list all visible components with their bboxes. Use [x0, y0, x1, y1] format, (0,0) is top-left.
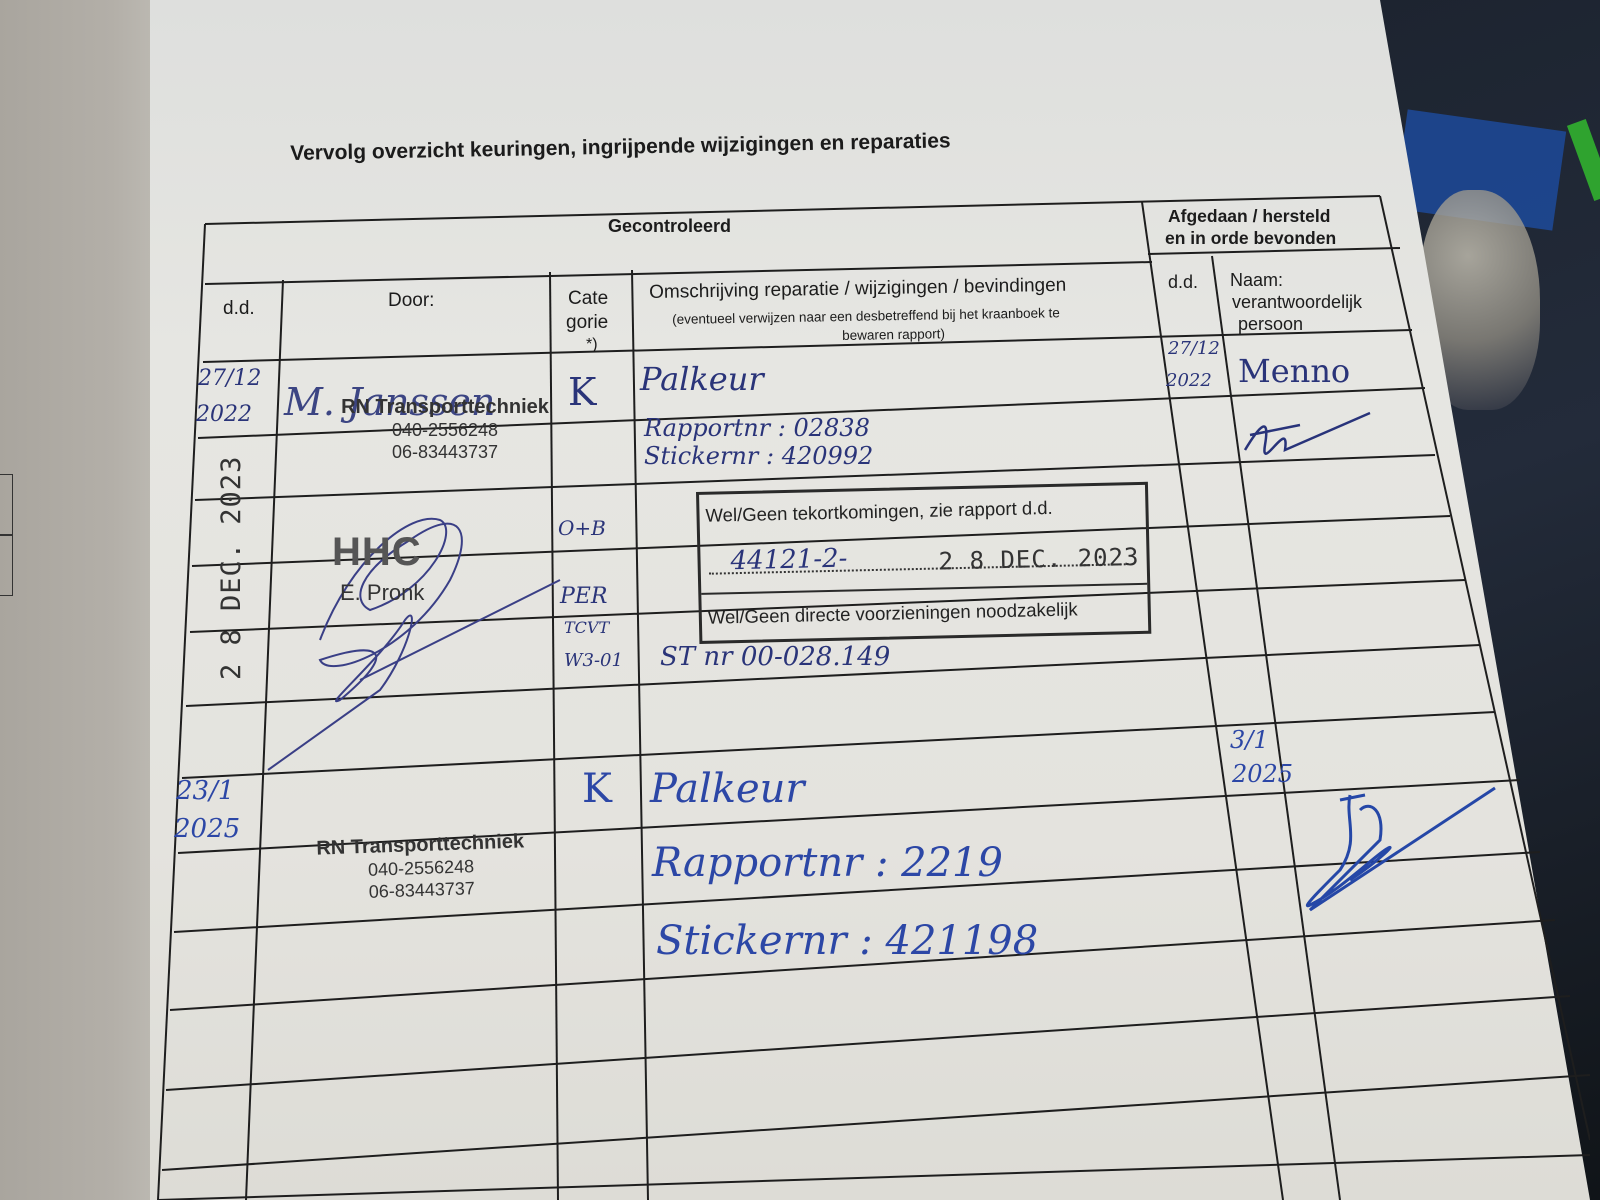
entry-description-line3: Stickernr : 421198	[656, 918, 1038, 964]
stamp-company-hhc: HHC	[332, 530, 422, 575]
entry-category-1: O+B	[558, 516, 606, 540]
signature-icon	[1240, 405, 1380, 465]
header-resolved-line2: en in orde bevonden	[1165, 228, 1336, 249]
entry-category-2: PER	[560, 584, 607, 609]
column-header-by: Door:	[388, 290, 434, 312]
stamp-name: E. Pronk	[340, 580, 424, 606]
company-stamp: RN Transporttechniek 040-2556248 06-8344…	[285, 829, 557, 905]
entry-date-stamp: 2 8 DEC. 2023	[216, 456, 247, 680]
entry-date-line1: 27/12	[198, 366, 261, 391]
entry-resolved-date-line2: 2025	[1232, 760, 1293, 788]
left-page-table-edge	[0, 534, 13, 596]
inspection-stamp-line1: Wel/Geen tekortkomingen, zie rapport d.d…	[705, 497, 1053, 527]
entry-description-line2: Rapportnr : 2219	[652, 840, 1003, 886]
inspection-stamp-line2: Wel/Geen directe voorzieningen noodzakel…	[708, 598, 1078, 628]
entry-date-line1: 23/1	[176, 776, 234, 806]
column-header-category-note: *)	[586, 336, 598, 354]
company-stamp: RN Transporttechniek 040-2556248 06-8344…	[330, 396, 560, 463]
column-header-responsible-3: persoon	[1238, 314, 1303, 335]
header-resolved-line1: Afgedaan / hersteld	[1168, 206, 1330, 227]
signature-icon	[1290, 780, 1500, 930]
column-header-responsible-2: verantwoordelijk	[1232, 292, 1362, 313]
entry-description-line1: Palkeur	[640, 360, 764, 398]
entry-resolved-date-line2: 2022	[1166, 370, 1212, 391]
stamp-phone-1: 040-2556248	[330, 419, 560, 441]
column-header-category-1: Cate	[568, 288, 608, 310]
stamp-divider	[701, 583, 1147, 595]
entry-category-3: TCVT	[564, 618, 609, 637]
entry-category: K	[582, 766, 612, 812]
stamp-phone-2: 06-83443737	[330, 441, 560, 463]
stamp-company: RN Transporttechniek	[330, 396, 560, 419]
column-header-description-note-2: bewaren rapport)	[842, 326, 945, 343]
signature-icon	[260, 500, 590, 780]
column-header-responsible-1: Naam:	[1230, 270, 1283, 291]
column-header-category-2: gorie	[566, 312, 608, 334]
left-page	[0, 0, 160, 1200]
entry-resolved-date-line1: 3/1	[1230, 726, 1269, 754]
column-header-description: Omschrijving reparatie / wijzigingen / b…	[649, 275, 1066, 304]
entry-date-line2: 2022	[196, 402, 252, 427]
entry-description-line2: Rapportnr : 02838	[644, 414, 870, 442]
entry-category: K	[568, 370, 596, 414]
entry-date-line2: 2025	[174, 814, 240, 844]
column-header-resolved-date: d.d.	[1168, 272, 1198, 293]
header-checked: Gecontroleerd	[608, 216, 731, 237]
column-header-date: d.d.	[223, 298, 255, 320]
entry-category-4: W3-01	[564, 650, 623, 671]
entry-responsible: Menno	[1238, 352, 1350, 390]
entry-description-line1: Palkeur	[650, 766, 805, 812]
page-title: Vervolg overzicht keuringen, ingrijpende…	[290, 129, 951, 166]
entry-description-line3: Stickernr : 420992	[644, 442, 873, 470]
entry-resolved-date-line1: 27/12	[1168, 338, 1220, 359]
left-page-table-edge	[0, 474, 13, 536]
inspection-log-sheet: Vervolg overzicht keuringen, ingrijpende…	[150, 0, 1590, 1200]
entry-description-extra: ST nr 00-028.149	[660, 642, 890, 672]
inspection-report-date: 2 8 DEC. 2023	[938, 543, 1139, 576]
photo-scene: Vervolg overzicht keuringen, ingrijpende…	[0, 0, 1600, 1200]
inspection-stamp: Wel/Geen tekortkomingen, zie rapport d.d…	[696, 482, 1151, 644]
column-header-description-note-1: (eventueel verwijzen naar een desbetreff…	[672, 305, 1060, 327]
